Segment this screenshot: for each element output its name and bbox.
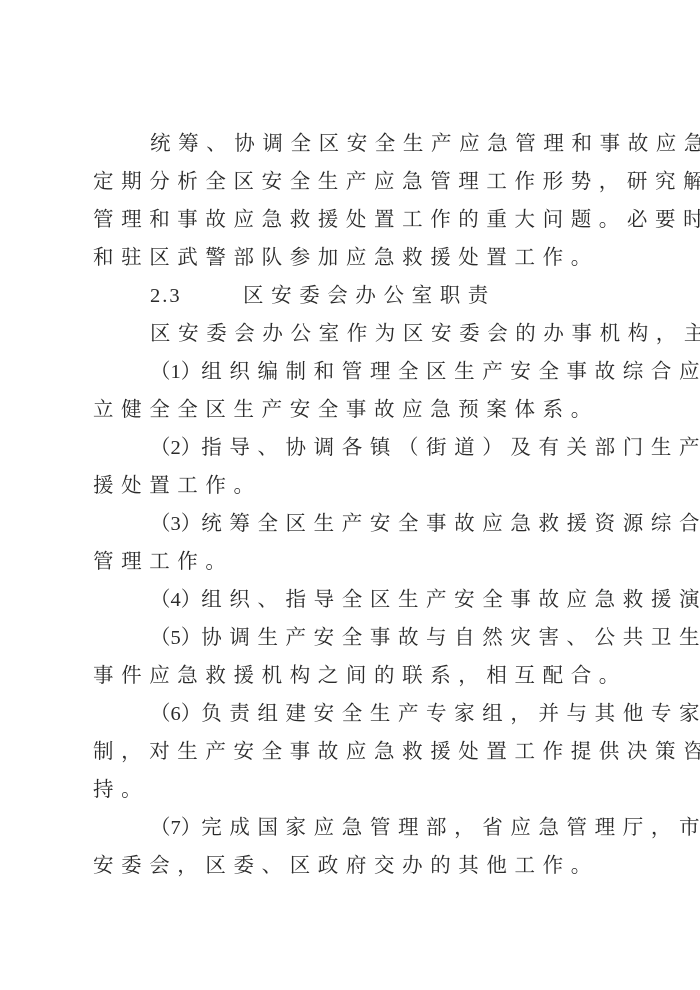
paragraph-line: 定期分析全区安全生产应急管理工作形势，研究解决安全生产应急 bbox=[93, 162, 605, 200]
list-item-continuation: 事件应急救援机构之间的联系，相互配合。 bbox=[93, 656, 605, 694]
paragraph-line: 统筹、协调全区安全生产应急管理和事故应急救援处置工作； bbox=[93, 124, 605, 162]
list-item-continuation: 管理工作。 bbox=[93, 542, 605, 580]
item-number: （5） bbox=[150, 627, 201, 649]
item-number: （4） bbox=[150, 589, 201, 611]
list-item-line: （5）协调生产安全事故与自然灾害、公共卫生和社会安全突发 bbox=[93, 618, 605, 656]
list-item-line: （2）指导、协调各镇（街道）及有关部门生产安全事故应急救 bbox=[93, 428, 605, 466]
item-text: 组织编制和管理全区生产安全事故综合应急预案，统筹建 bbox=[201, 359, 700, 383]
paragraph-line: 和驻区武警部队参加应急救援处置工作。 bbox=[93, 238, 605, 276]
list-item-line: （1）组织编制和管理全区生产安全事故综合应急预案，统筹建 bbox=[93, 352, 605, 390]
item-number: （6） bbox=[150, 703, 201, 725]
list-item-continuation: 制，对生产安全事故应急救援处置工作提供决策咨询建议和技术支 bbox=[93, 732, 605, 770]
item-text: 完成国家应急管理部，省应急管理厅，市委、市政府，市 bbox=[201, 815, 700, 839]
list-item-line: （3）统筹全区生产安全事故应急救援资源综合监督管理和信息 bbox=[93, 504, 605, 542]
section-heading: 2.3区安委会办公室职责 bbox=[93, 276, 605, 314]
item-text: 统筹全区生产安全事故应急救援资源综合监督管理和信息 bbox=[201, 511, 700, 535]
item-number: （1） bbox=[150, 361, 201, 383]
list-item-continuation: 立健全全区生产安全事故应急预案体系。 bbox=[93, 390, 605, 428]
list-item-line: （7）完成国家应急管理部，省应急管理厅，市委、市政府，市 bbox=[93, 808, 605, 846]
list-item-continuation: 持。 bbox=[93, 770, 605, 808]
section-title: 区安委会办公室职责 bbox=[243, 283, 496, 307]
list-item-line: （6）负责组建安全生产专家组，并与其他专家机构建立联络机 bbox=[93, 694, 605, 732]
list-item-line: （4）组织、指导全区生产安全事故应急救援演练。 bbox=[93, 580, 605, 618]
intro-paragraph: 区安委会办公室作为区安委会的办事机构，主要职责为： bbox=[93, 314, 605, 352]
section-number: 2.3 bbox=[150, 277, 243, 315]
item-text: 组织、指导全区生产安全事故应急救援演练。 bbox=[201, 587, 700, 611]
item-text: 负责组建安全生产专家组，并与其他专家机构建立联络机 bbox=[201, 701, 700, 725]
item-text: 协调生产安全事故与自然灾害、公共卫生和社会安全突发 bbox=[201, 625, 700, 649]
item-number: （7） bbox=[150, 817, 201, 839]
list-item-continuation: 安委会，区委、区政府交办的其他工作。 bbox=[93, 846, 605, 884]
item-number: （2） bbox=[150, 437, 201, 459]
list-item-continuation: 援处置工作。 bbox=[93, 466, 605, 504]
item-number: （3） bbox=[150, 513, 201, 535]
paragraph-line: 管理和事故应急救援处置工作的重大问题。必要时，协调区人武部 bbox=[93, 200, 605, 238]
item-text: 指导、协调各镇（街道）及有关部门生产安全事故应急救 bbox=[201, 435, 700, 459]
document-page: 统筹、协调全区安全生产应急管理和事故应急救援处置工作； 定期分析全区安全生产应急… bbox=[93, 124, 605, 884]
